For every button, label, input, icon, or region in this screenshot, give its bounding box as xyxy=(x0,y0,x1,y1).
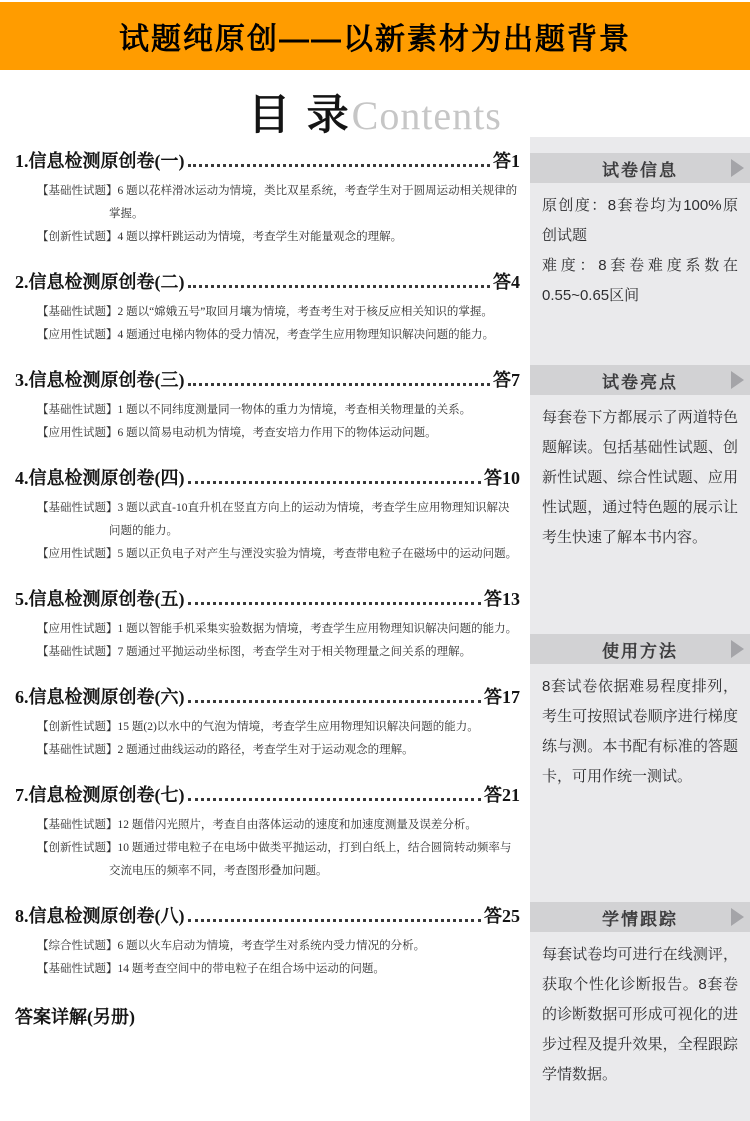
chapter-title-row: 3.信息检测原创卷(三) 答7 xyxy=(15,367,520,393)
sidebar-paragraph: 难度：8套卷难度系数在0.55~0.65区间 xyxy=(542,251,738,311)
toc-entry: 7.信息检测原创卷(七) 答21 【基础性试题】12 题借闪光照片，考查自由落体… xyxy=(15,782,520,883)
sidebar-paragraph: 原创度：8套卷均为100%原创试题 xyxy=(542,191,738,251)
page-title-cn: 目 录 xyxy=(248,93,352,139)
chapter-page-label: 答4 xyxy=(493,269,520,295)
sidebar-paragraph: 每套卷下方都展示了两道特色题解读。包括基础性试题、创新性试题、综合性试题、应用性… xyxy=(542,403,738,553)
sidebar-section-title: 试卷信息 xyxy=(602,156,678,181)
chapter-items: 【基础性试题】6 题以花样滑冰运动为情境，类比双星系统，考查学生对于圆周运动相关… xyxy=(15,180,520,249)
chapter-item: 【创新性试题】10 题通过带电粒子在电场中做类平抛运动，打到白纸上，结合圆筒转动… xyxy=(37,837,520,883)
dotted-leader xyxy=(188,700,482,703)
sidebar-section-body: 原创度：8套卷均为100%原创试题 难度：8套卷难度系数在0.55~0.65区间 xyxy=(530,183,750,311)
dotted-leader xyxy=(188,919,482,922)
sidebar-section-highlights: 试卷亮点 每套卷下方都展示了两道特色题解读。包括基础性试题、创新性试题、综合性试… xyxy=(530,365,750,553)
chapter-page-label: 答17 xyxy=(484,684,520,710)
chapter-item: 【应用性试题】4 题通过电梯内物体的受力情况，考查学生应用物理知识解决问题的能力… xyxy=(37,324,520,347)
chapter-title-row: 4.信息检测原创卷(四) 答10 xyxy=(15,465,520,491)
sidebar-paragraph: 每套试卷均可进行在线测评，获取个性化诊断报告。8套卷的诊断数据可形成可视化的进步… xyxy=(542,940,738,1090)
dotted-leader xyxy=(188,383,491,386)
chapter-item: 【创新性试题】15 题(2)以水中的气泡为情境，考查学生应用物理知识解决问题的能… xyxy=(37,716,520,739)
sidebar-section-header: 学情跟踪 xyxy=(530,902,750,932)
sidebar-section-header: 试卷亮点 xyxy=(530,365,750,395)
chapter-title-row: 7.信息检测原创卷(七) 答21 xyxy=(15,782,520,808)
toc-entry: 8.信息检测原创卷(八) 答25 【综合性试题】6 题以火车启动为情境，考查学生… xyxy=(15,903,520,981)
chapter-item: 【应用性试题】5 题以正负电子对产生与湮没实验为情境，考查带电粒子在磁场中的运动… xyxy=(37,543,520,566)
chapter-page-label: 答25 xyxy=(484,903,520,929)
sidebar: 试卷信息 原创度：8套卷均为100%原创试题 难度：8套卷难度系数在0.55~0… xyxy=(530,137,750,1121)
sidebar-section-usage: 使用方法 8套试卷依据难易程度排列，考生可按照试卷顺序进行梯度练与测。本书配有标… xyxy=(530,634,750,792)
sidebar-section-exam-info: 试卷信息 原创度：8套卷均为100%原创试题 难度：8套卷难度系数在0.55~0… xyxy=(530,153,750,311)
arrow-right-icon xyxy=(731,371,744,389)
chapter-item: 【基础性试题】12 题借闪光照片，考查自由落体运动的速度和加速度测量及误差分析。 xyxy=(37,814,520,837)
chapter-item: 【基础性试题】3 题以武直-10直升机在竖直方向上的运动为情境，考查学生应用物理… xyxy=(37,497,520,543)
chapter-page-label: 答10 xyxy=(484,465,520,491)
toc-entry: 1.信息检测原创卷(一) 答1 【基础性试题】6 题以花样滑冰运动为情境，类比双… xyxy=(15,148,520,249)
chapter-item: 【创新性试题】4 题以撑杆跳运动为情境，考查学生对能量观念的理解。 xyxy=(37,226,520,249)
toc-entry: 2.信息检测原创卷(二) 答4 【基础性试题】2 题以“嫦娥五号”取回月壤为情境… xyxy=(15,269,520,347)
chapter-page-label: 答1 xyxy=(493,148,520,174)
chapter-item: 【基础性试题】14 题考查空间中的带电粒子在组合场中运动的问题。 xyxy=(37,958,520,981)
chapter-page-label: 答21 xyxy=(484,782,520,808)
arrow-right-icon xyxy=(731,159,744,177)
sidebar-section-header: 使用方法 xyxy=(530,634,750,664)
page-title-en: Contents xyxy=(352,93,502,138)
chapter-title: 2.信息检测原创卷(二) xyxy=(15,269,185,295)
chapter-item: 【应用性试题】1 题以智能手机采集实验数据为情境，考查学生应用物理知识解决问题的… xyxy=(37,618,520,641)
page-container: 试题纯原创——以新素材为出题背景 目 录Contents 1.信息检测原创卷(一… xyxy=(0,0,750,1121)
chapter-items: 【创新性试题】15 题(2)以水中的气泡为情境，考查学生应用物理知识解决问题的能… xyxy=(15,716,520,762)
toc-entry: 5.信息检测原创卷(五) 答13 【应用性试题】1 题以智能手机采集实验数据为情… xyxy=(15,586,520,664)
toc-entry: 4.信息检测原创卷(四) 答10 【基础性试题】3 题以武直-10直升机在竖直方… xyxy=(15,465,520,566)
sidebar-section-body: 8套试卷依据难易程度排列，考生可按照试卷顺序进行梯度练与测。本书配有标准的答题卡… xyxy=(530,664,750,792)
chapter-item: 【应用性试题】6 题以简易电动机为情境，考查安培力作用下的物体运动问题。 xyxy=(37,422,520,445)
sidebar-section-title: 使用方法 xyxy=(602,637,678,662)
chapter-items: 【基础性试题】12 题借闪光照片，考查自由落体运动的速度和加速度测量及误差分析。… xyxy=(15,814,520,883)
toc-entry: 3.信息检测原创卷(三) 答7 【基础性试题】1 题以不同纬度测量同一物体的重力… xyxy=(15,367,520,445)
sidebar-section-body: 每套试卷均可进行在线测评，获取个性化诊断报告。8套卷的诊断数据可形成可视化的进步… xyxy=(530,932,750,1090)
chapter-title: 1.信息检测原创卷(一) xyxy=(15,148,185,174)
top-banner: 试题纯原创——以新素材为出题背景 xyxy=(0,2,750,70)
chapter-title-row: 2.信息检测原创卷(二) 答4 xyxy=(15,269,520,295)
chapter-title: 5.信息检测原创卷(五) xyxy=(15,586,185,612)
chapter-items: 【应用性试题】1 题以智能手机采集实验数据为情境，考查学生应用物理知识解决问题的… xyxy=(15,618,520,664)
dotted-leader xyxy=(188,798,482,801)
sidebar-section-title: 学情跟踪 xyxy=(602,905,678,930)
chapter-title: 4.信息检测原创卷(四) xyxy=(15,465,185,491)
sidebar-section-header: 试卷信息 xyxy=(530,153,750,183)
dotted-leader xyxy=(188,164,491,167)
dotted-leader xyxy=(188,285,491,288)
sidebar-paragraph: 8套试卷依据难易程度排列，考生可按照试卷顺序进行梯度练与测。本书配有标准的答题卡… xyxy=(542,672,738,792)
chapter-title: 3.信息检测原创卷(三) xyxy=(15,367,185,393)
chapter-item: 【基础性试题】1 题以不同纬度测量同一物体的重力为情境，考查相关物理量的关系。 xyxy=(37,399,520,422)
arrow-right-icon xyxy=(731,640,744,658)
chapter-item: 【基础性试题】2 题通过曲线运动的路径，考查学生对于运动观念的理解。 xyxy=(37,739,520,762)
chapter-items: 【基础性试题】3 题以武直-10直升机在竖直方向上的运动为情境，考查学生应用物理… xyxy=(15,497,520,566)
sidebar-section-title: 试卷亮点 xyxy=(602,368,678,393)
chapter-items: 【基础性试题】1 题以不同纬度测量同一物体的重力为情境，考查相关物理量的关系。 … xyxy=(15,399,520,445)
sidebar-section-tracking: 学情跟踪 每套试卷均可进行在线测评，获取个性化诊断报告。8套卷的诊断数据可形成可… xyxy=(530,902,750,1090)
dotted-leader xyxy=(188,481,482,484)
banner-title: 试题纯原创——以新素材为出题背景 xyxy=(119,14,631,58)
answers-booklet-note: 答案详解(另册) xyxy=(15,1003,520,1029)
sidebar-section-body: 每套卷下方都展示了两道特色题解读。包括基础性试题、创新性试题、综合性试题、应用性… xyxy=(530,395,750,553)
chapter-title-row: 5.信息检测原创卷(五) 答13 xyxy=(15,586,520,612)
dotted-leader xyxy=(188,602,482,605)
chapter-title: 6.信息检测原创卷(六) xyxy=(15,684,185,710)
chapter-title: 7.信息检测原创卷(七) xyxy=(15,782,185,808)
chapter-page-label: 答13 xyxy=(484,586,520,612)
chapter-item: 【基础性试题】7 题通过平抛运动坐标图，考查学生对于相关物理量之间关系的理解。 xyxy=(37,641,520,664)
toc-entry: 6.信息检测原创卷(六) 答17 【创新性试题】15 题(2)以水中的气泡为情境… xyxy=(15,684,520,762)
chapter-items: 【综合性试题】6 题以火车启动为情境，考查学生对系统内受力情况的分析。 【基础性… xyxy=(15,935,520,981)
chapter-title: 8.信息检测原创卷(八) xyxy=(15,903,185,929)
chapter-page-label: 答7 xyxy=(493,367,520,393)
chapter-items: 【基础性试题】2 题以“嫦娥五号”取回月壤为情境，考查考生对于核反应相关知识的掌… xyxy=(15,301,520,347)
chapter-item: 【基础性试题】2 题以“嫦娥五号”取回月壤为情境，考查考生对于核反应相关知识的掌… xyxy=(37,301,520,324)
chapter-title-row: 1.信息检测原创卷(一) 答1 xyxy=(15,148,520,174)
chapter-title-row: 6.信息检测原创卷(六) 答17 xyxy=(15,684,520,710)
arrow-right-icon xyxy=(731,908,744,926)
toc-list: 1.信息检测原创卷(一) 答1 【基础性试题】6 题以花样滑冰运动为情境，类比双… xyxy=(15,148,520,1029)
chapter-item: 【综合性试题】6 题以火车启动为情境，考查学生对系统内受力情况的分析。 xyxy=(37,935,520,958)
chapter-item: 【基础性试题】6 题以花样滑冰运动为情境，类比双星系统，考查学生对于圆周运动相关… xyxy=(37,180,520,226)
chapter-title-row: 8.信息检测原创卷(八) 答25 xyxy=(15,903,520,929)
page-title: 目 录Contents xyxy=(0,82,750,142)
